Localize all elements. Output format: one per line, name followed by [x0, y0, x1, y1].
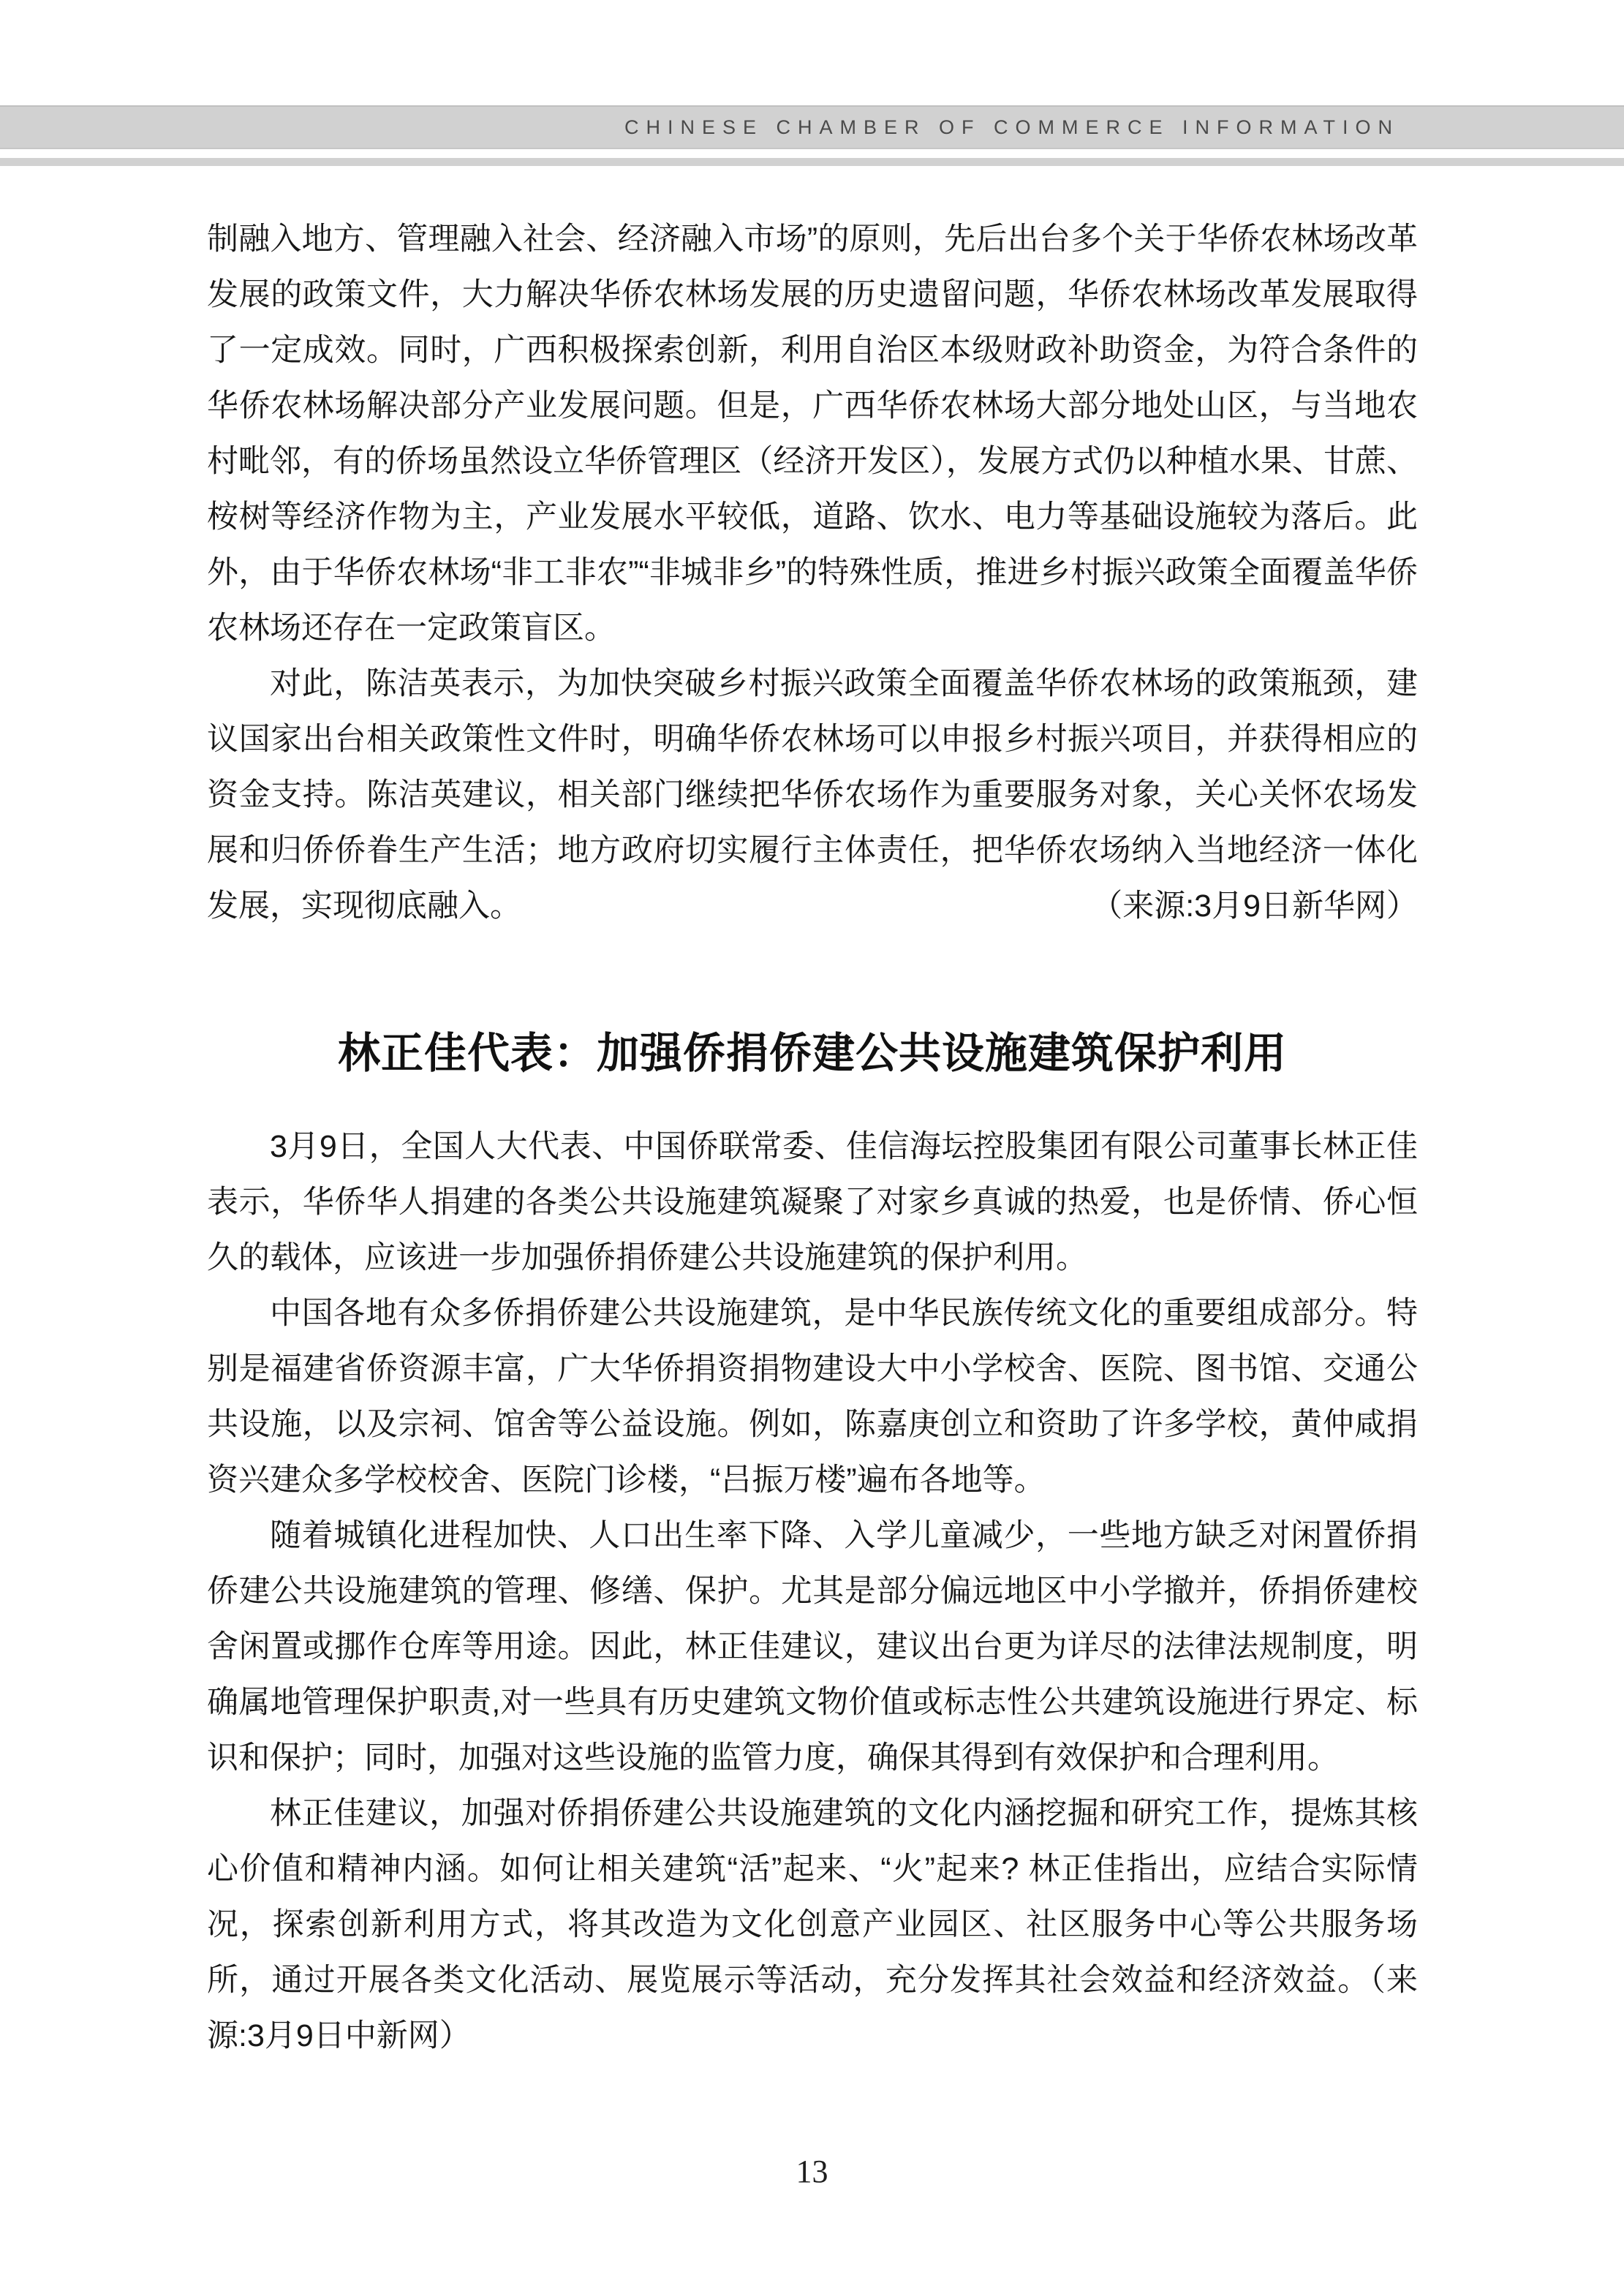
header-rule [0, 158, 1624, 166]
document-page: CHINESE CHAMBER OF COMMERCE INFORMATION … [0, 0, 1624, 2272]
article1-source: （来源:3月9日新华网） [1091, 878, 1418, 934]
article2-heading: 林正佳代表：加强侨捐侨建公共设施建筑保护利用 [207, 1023, 1418, 1084]
article1-paragraph-2: 对此，陈洁英表示，为加快突破乡村振兴政策全面覆盖华侨农林场的政策瓶颈，建议国家出… [207, 656, 1418, 934]
article2-paragraph-3: 随着城镇化进程加快、人口出生率下降、入学儿童减少，一些地方缺乏对闲置侨捐侨建公共… [207, 1508, 1418, 1786]
article2-paragraph-1: 3月9日，全国人大代表、中国侨联常委、佳信海坛控股集团有限公司董事长林正佳表示，… [207, 1119, 1418, 1286]
page-number: 13 [0, 2153, 1624, 2190]
header-title: CHINESE CHAMBER OF COMMERCE INFORMATION [624, 116, 1400, 139]
page-content: 制融入地方、管理融入社会、经济融入市场”的原则，先后出台多个关于华侨农林场改革发… [207, 211, 1418, 2064]
header-band: CHINESE CHAMBER OF COMMERCE INFORMATION [0, 105, 1624, 149]
article2-paragraph-4: 林正佳建议，加强对侨捐侨建公共设施建筑的文化内涵挖掘和研究工作，提炼其核心价值和… [207, 1786, 1418, 2064]
article2-paragraph-2: 中国各地有众多侨捐侨建公共设施建筑，是中华民族传统文化的重要组成部分。特别是福建… [207, 1286, 1418, 1508]
article1-paragraph-1: 制融入地方、管理融入社会、经济融入市场”的原则，先后出台多个关于华侨农林场改革发… [207, 211, 1418, 656]
